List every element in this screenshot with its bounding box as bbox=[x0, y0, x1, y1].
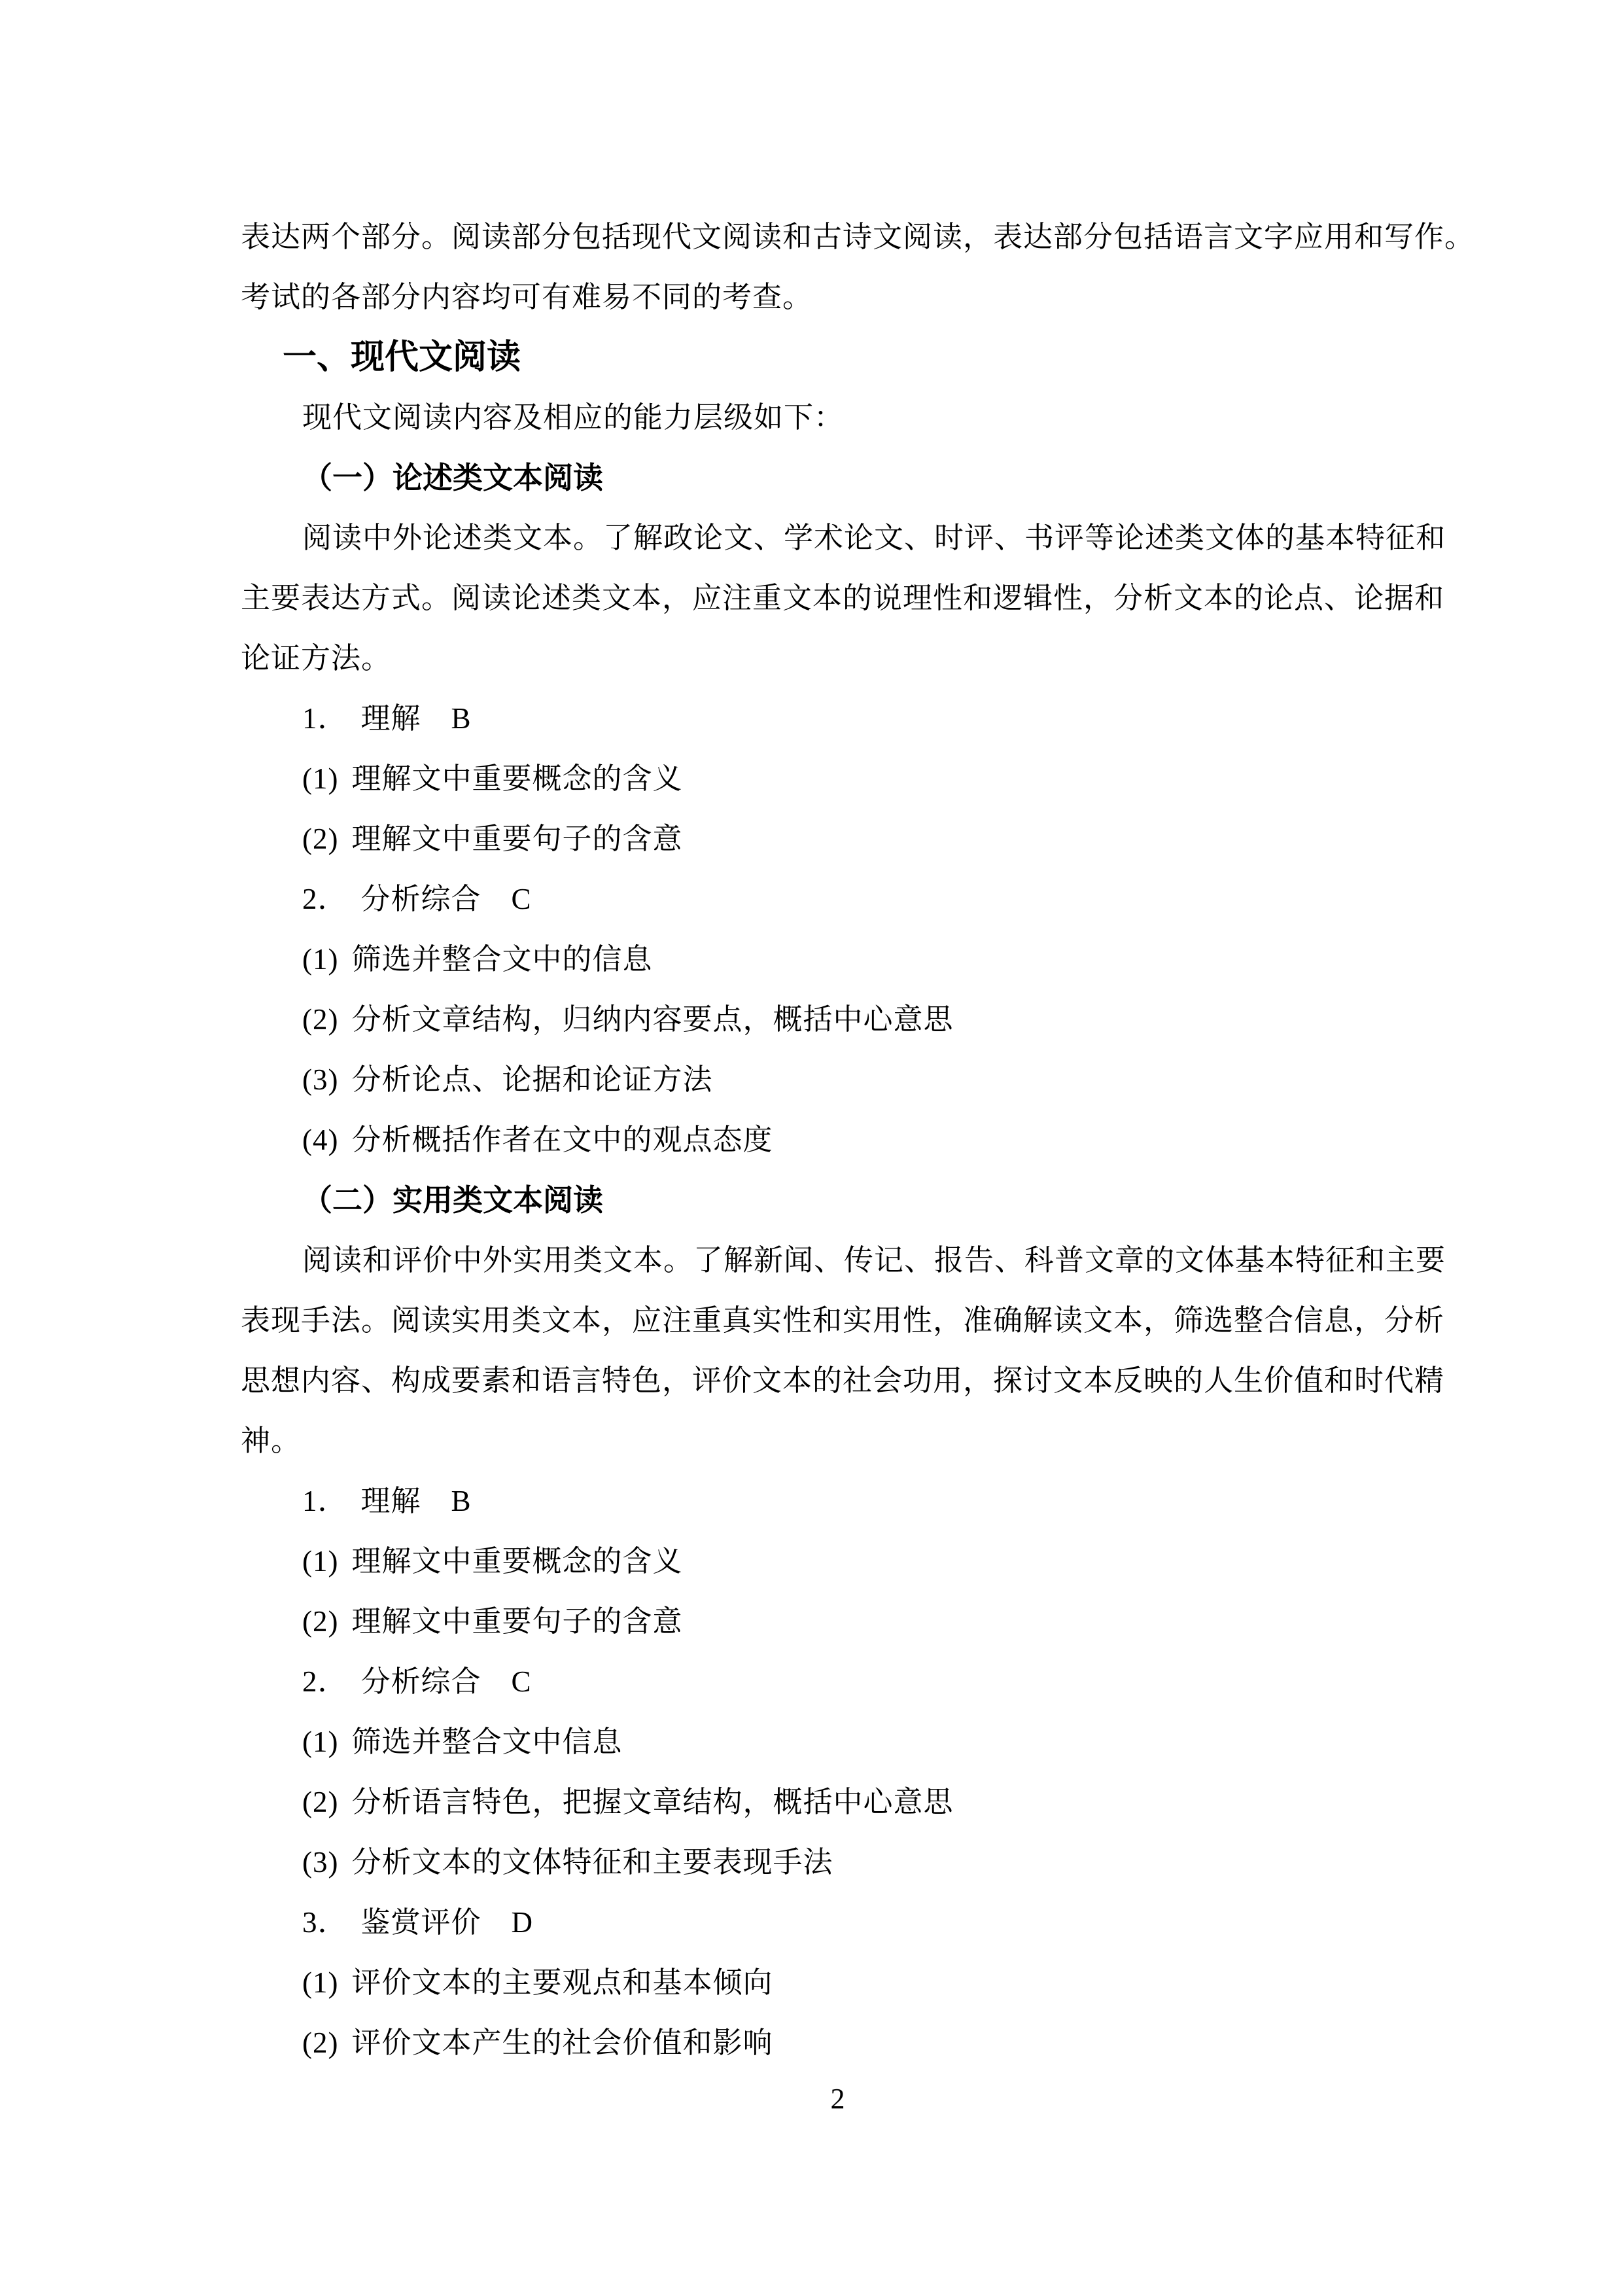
list-item-text: 理解文中重要句子的含意 bbox=[351, 1605, 682, 1638]
list-item-marker: (2) bbox=[302, 1605, 338, 1638]
list-item-marker: 2． bbox=[302, 883, 348, 915]
paragraph-line: 表现手法。阅读实用类文本，应注重真实性和实用性，准确解读文本，筛选整合信息，分析 bbox=[241, 1290, 1405, 1351]
list-item-marker: (1) bbox=[302, 1966, 338, 1999]
paragraph-line: 表达两个部分。阅读部分包括现代文阅读和古诗文阅读，表达部分包括语言文字应用和写作… bbox=[241, 207, 1405, 267]
list-item: (2)理解文中重要句子的含意 bbox=[241, 809, 1405, 869]
list-item-marker: 1． bbox=[302, 702, 348, 735]
list-item-marker: (1) bbox=[302, 1545, 338, 1578]
list-item-text: 理解文中重要概念的含义 bbox=[351, 1545, 682, 1578]
list-item-text: 理解文中重要概念的含义 bbox=[351, 762, 682, 795]
subsection-heading: （二）实用类文本阅读 bbox=[241, 1170, 1405, 1230]
list-item: (2)分析语言特色，把握文章结构，概括中心意思 bbox=[241, 1772, 1405, 1832]
list-item: 1．理解 B bbox=[241, 1471, 1405, 1531]
section-heading: 一、现代文阅读 bbox=[241, 327, 1405, 387]
list-item-marker: (2) bbox=[302, 2026, 338, 2059]
list-item-marker: (2) bbox=[302, 822, 338, 855]
list-item-marker: (1) bbox=[302, 1725, 338, 1758]
list-item-text: 评价文本产生的社会价值和影响 bbox=[351, 2026, 773, 2059]
list-item-text: 分析语言特色，把握文章结构，概括中心意思 bbox=[351, 1786, 953, 1818]
list-item-marker: 1． bbox=[302, 1485, 348, 1517]
document-page: 表达两个部分。阅读部分包括现代文阅读和古诗文阅读，表达部分包括语言文字应用和写作… bbox=[0, 0, 1623, 2296]
list-item-text: 理解 B bbox=[361, 1485, 472, 1517]
list-item-text: 筛选并整合文中信息 bbox=[351, 1725, 622, 1758]
list-item: (3)分析论点、论据和论证方法 bbox=[241, 1050, 1405, 1110]
paragraph-line: 主要表达方式。阅读论述类文本，应注重文本的说理性和逻辑性，分析文本的论点、论据和 bbox=[241, 568, 1405, 628]
list-item-text: 分析概括作者在文中的观点态度 bbox=[351, 1123, 773, 1156]
list-item-marker: 2． bbox=[302, 1665, 348, 1698]
list-item-marker: (2) bbox=[302, 1003, 338, 1036]
list-item: 1．理解 B bbox=[241, 688, 1405, 749]
paragraph-line: 考试的各部分内容均可有难易不同的考查。 bbox=[241, 267, 1405, 327]
list-item: (3)分析文本的文体特征和主要表现手法 bbox=[241, 1832, 1405, 1892]
list-item: 2．分析综合 C bbox=[241, 1651, 1405, 1712]
list-item-text: 分析综合 C bbox=[361, 883, 532, 915]
page-number: 2 bbox=[26, 2079, 1623, 2119]
list-item-text: 分析综合 C bbox=[361, 1665, 532, 1698]
subsection-heading: （一）论述类文本阅读 bbox=[241, 448, 1405, 508]
list-item: (4)分析概括作者在文中的观点态度 bbox=[241, 1110, 1405, 1170]
list-item-text: 理解文中重要句子的含意 bbox=[351, 822, 682, 855]
list-item: (1)评价文本的主要观点和基本倾向 bbox=[241, 1952, 1405, 2013]
list-item-text: 分析文本的文体特征和主要表现手法 bbox=[351, 1846, 833, 1879]
paragraph-line: 阅读和评价中外实用类文本。了解新闻、传记、报告、科普文章的文体基本特征和主要 bbox=[241, 1230, 1405, 1290]
list-item-marker: (1) bbox=[302, 943, 338, 976]
list-item-marker: (3) bbox=[302, 1063, 338, 1096]
list-item: (2)理解文中重要句子的含意 bbox=[241, 1591, 1405, 1651]
list-item-marker: (4) bbox=[302, 1123, 338, 1156]
list-item-text: 分析文章结构，归纳内容要点，概括中心意思 bbox=[351, 1003, 953, 1036]
list-item-text: 评价文本的主要观点和基本倾向 bbox=[351, 1966, 773, 1999]
list-item: (2)分析文章结构，归纳内容要点，概括中心意思 bbox=[241, 989, 1405, 1050]
list-item: (1)理解文中重要概念的含义 bbox=[241, 749, 1405, 809]
paragraph-line: 论证方法。 bbox=[241, 628, 1405, 688]
paragraph-line: 阅读中外论述类文本。了解政论文、学术论文、时评、书评等论述类文体的基本特征和 bbox=[241, 508, 1405, 568]
list-item: (1)筛选并整合文中信息 bbox=[241, 1712, 1405, 1772]
list-item-marker: (1) bbox=[302, 762, 338, 795]
list-item-text: 分析论点、论据和论证方法 bbox=[351, 1063, 712, 1096]
list-item-marker: (2) bbox=[302, 1786, 338, 1818]
lead-line: 现代文阅读内容及相应的能力层级如下： bbox=[241, 387, 1405, 448]
list-item-marker: 3． bbox=[302, 1906, 348, 1939]
list-item: (1)理解文中重要概念的含义 bbox=[241, 1531, 1405, 1591]
content-area: 表达两个部分。阅读部分包括现代文阅读和古诗文阅读，表达部分包括语言文字应用和写作… bbox=[241, 207, 1405, 2073]
list-item: 3．鉴赏评价 D bbox=[241, 1892, 1405, 1952]
list-item-marker: (3) bbox=[302, 1846, 338, 1879]
list-item: 2．分析综合 C bbox=[241, 869, 1405, 929]
paragraph-line: 神。 bbox=[241, 1411, 1405, 1471]
list-item-text: 筛选并整合文中的信息 bbox=[351, 943, 652, 976]
paragraph-line: 思想内容、构成要素和语言特色，评价文本的社会功用，探讨文本反映的人生价值和时代精 bbox=[241, 1351, 1405, 1411]
list-item-text: 理解 B bbox=[361, 702, 472, 735]
list-item-text: 鉴赏评价 D bbox=[361, 1906, 534, 1939]
list-item: (1)筛选并整合文中的信息 bbox=[241, 929, 1405, 989]
list-item: (2)评价文本产生的社会价值和影响 bbox=[241, 2013, 1405, 2073]
